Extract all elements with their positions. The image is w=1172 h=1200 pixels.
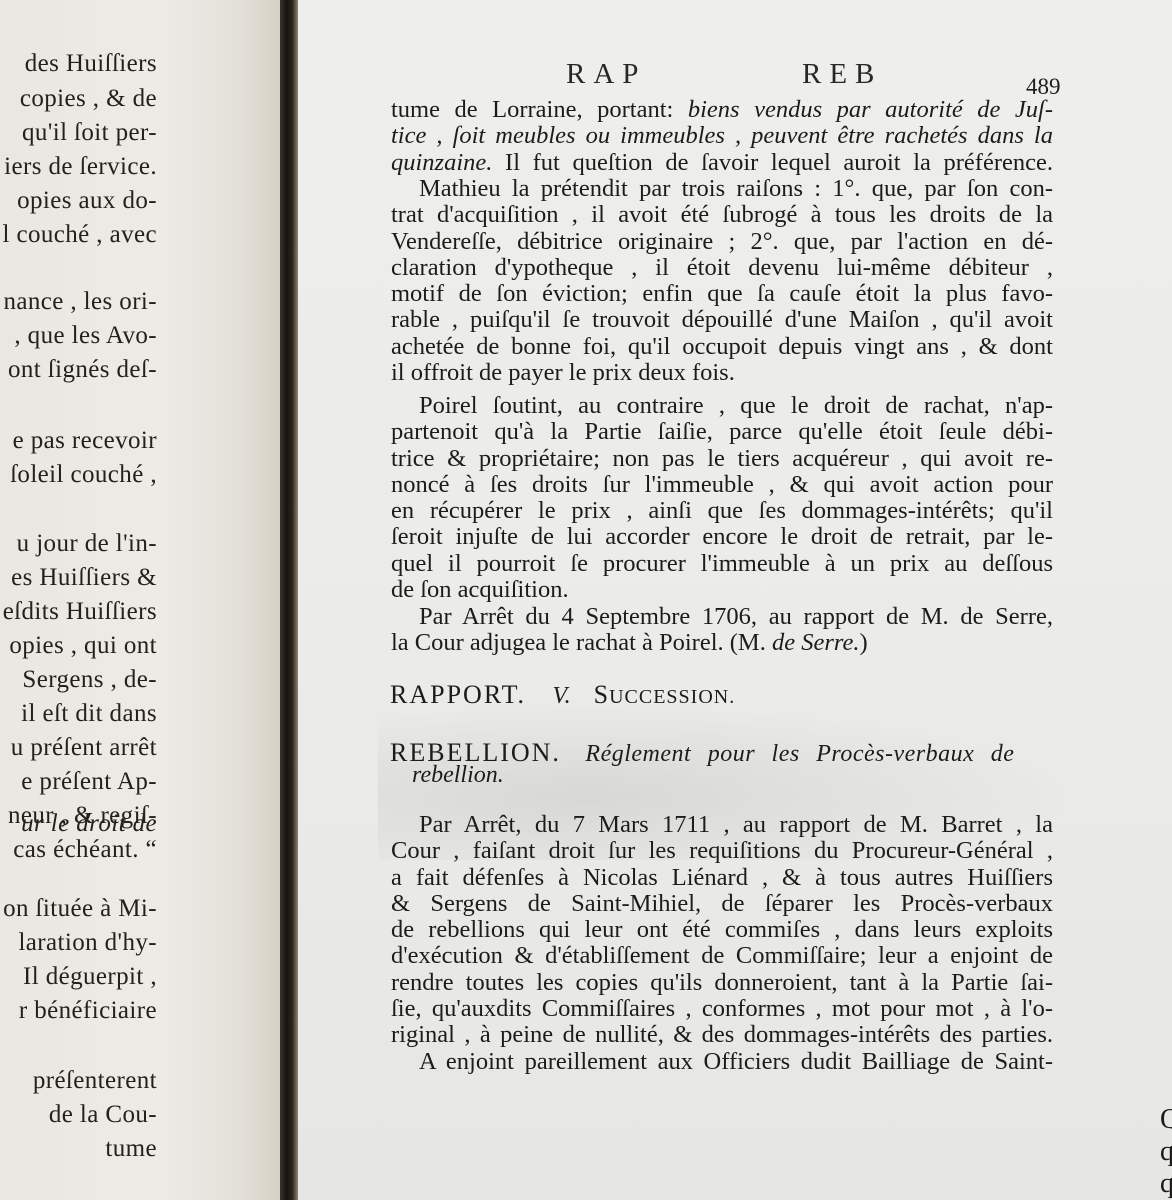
heading-rebellion-subtitle-cont: rebellion.: [412, 762, 504, 789]
left-page-line: u jour de l'in-: [17, 530, 157, 558]
left-page-line: cas échéant. “: [13, 836, 157, 864]
heading-rapport-see: V.: [553, 683, 572, 709]
text-line: quinzaine. Il fut queſtion de ſavoir leq…: [391, 150, 1053, 176]
left-page-line: opies aux do-: [17, 187, 157, 215]
text-line: de rebellions qui leur ont été commiſes …: [391, 917, 1053, 943]
text-line: Par Arrêt, du 7 Mars 1711 , au rapport d…: [391, 812, 1053, 838]
text-line: & Sergens de Saint-Mihiel, de ſéparer le…: [391, 891, 1053, 917]
left-page-line: qu'il ſoit per-: [22, 119, 157, 147]
running-head-left: RAP: [566, 58, 646, 91]
paragraph-arret-1706: Par Arrêt du 4 Septembre 1706, au rappor…: [391, 604, 1053, 657]
left-page-line: ont ſignés deſ-: [8, 356, 157, 384]
text-line: rable , puiſqu'il ſe trouvoit dépouillé …: [391, 307, 1053, 333]
text-line: Vendereſſe, débitrice originaire ; 2°. q…: [391, 229, 1053, 255]
italic-text: tice , ſoit meubles ou immeubles , peuve…: [391, 122, 1053, 149]
left-page-line: ur le droit de: [21, 810, 157, 838]
heading-rapport-term: RAPPORT.: [390, 680, 526, 709]
left-page-line: des Huiſſiers: [25, 50, 157, 78]
left-page-line: opies , qui ont: [9, 632, 157, 660]
roman-text: tume de Lorraine, portant:: [391, 96, 688, 123]
text-line: Poirel ſoutint, au contraire , que le dr…: [391, 393, 1053, 419]
left-page-line: eſdits Huiſſiers: [3, 598, 157, 626]
right-page: RAP REB 489 tume de Lorraine, portant: b…: [298, 0, 1172, 1200]
text-line: de ſon acquiſition.: [391, 577, 1053, 603]
paragraph-arret-1711: Par Arrêt, du 7 Mars 1711 , au rapport d…: [391, 812, 1053, 1075]
left-page-line: préſenterent: [33, 1067, 157, 1095]
left-page-line: iers de ſervice.: [4, 153, 157, 181]
roman-text: Il fut queſtion de ſavoir lequel auroit …: [492, 149, 1053, 176]
left-page: des Huiſſierscopies , & dequ'il ſoit per…: [0, 0, 285, 1200]
text-line: Mathieu la prétendit par trois raiſons :…: [391, 176, 1053, 202]
italic-text: de Serre.: [772, 629, 860, 656]
left-page-line: , que les Avo-: [14, 322, 157, 350]
left-page-line: copies , & de: [20, 85, 157, 113]
text-line: d'exécution & d'établiſſement de Commiſſ…: [391, 943, 1053, 969]
text-line: tume de Lorraine, portant: biens vendus …: [391, 97, 1053, 123]
text-line: claration d'ypotheque , il étoit devenu …: [391, 255, 1053, 281]
roman-text: Par Arrêt du 4 Septembre 1706, au rappor…: [419, 603, 1053, 630]
left-page-line: on ſituée à Mi-: [3, 895, 157, 923]
text-line: tice , ſoit meubles ou immeubles , peuve…: [391, 123, 1053, 149]
left-page-line: Il déguerpit ,: [23, 963, 157, 991]
left-page-line: nance , les ori-: [3, 288, 157, 316]
text-line: rendre toutes les copies qu'ils donneroi…: [391, 970, 1053, 996]
left-page-line: tume: [105, 1135, 157, 1163]
text-line: Cour , faiſant droit ſur les requiſition…: [391, 838, 1053, 864]
text-line: la Cour adjugea le rachat à Poirel. (M. …: [391, 630, 1053, 656]
text-line: riginal , à peine de nullité, & des domm…: [391, 1022, 1053, 1048]
left-page-line: il eſt dit dans: [21, 700, 157, 728]
text-line: Par Arrêt du 4 Septembre 1706, au rappor…: [391, 604, 1053, 630]
roman-text: ): [860, 629, 868, 656]
text-line: ſeroit injuſte de lui accorder encore le…: [391, 524, 1053, 550]
text-line: partenoit qu'à la Partie ſaiſie, parce q…: [391, 419, 1053, 445]
text-line: achetée de bonne foi, qu'il occupoit dep…: [391, 334, 1053, 360]
text-line: a fait défenſes à Nicolas Liénard , & à …: [391, 865, 1053, 891]
left-page-line: e préſent Ap-: [21, 768, 157, 796]
text-line: motif de ſon éviction; enfin que ſa cauſ…: [391, 281, 1053, 307]
signature-mark: Q q q: [1160, 1104, 1172, 1200]
running-head-right: REB: [802, 58, 882, 91]
paragraph-mathieu: Mathieu la prétendit par trois raiſons :…: [391, 176, 1053, 386]
left-page-line: ſoleil couché ,: [10, 461, 157, 489]
paragraph-poirel: Poirel ſoutint, au contraire , que le dr…: [391, 393, 1053, 603]
roman-text: la Cour adjugea le rachat à Poirel. (M.: [391, 629, 772, 656]
heading-rapport-reference: SUCCESSION.: [594, 686, 736, 708]
text-line: noncé à ſes droits ſur l'immeuble , & qu…: [391, 472, 1053, 498]
text-line: trat d'acquiſition , il avoit été ſubrog…: [391, 202, 1053, 228]
left-page-line: Sergens , de-: [22, 666, 157, 694]
text-line: quel il pourroit ſe procurer l'immeuble …: [391, 551, 1053, 577]
left-page-line: e pas recevoir: [13, 427, 157, 455]
heading-rebellion-subtitle: Réglement pour les Procès-verbaux de: [585, 741, 1014, 767]
heading-rapport: RAPPORT. V. SUCCESSION.: [390, 680, 735, 710]
text-line: A enjoint pareillement aux Officiers dud…: [391, 1049, 1053, 1075]
italic-text: quinzaine.: [391, 149, 492, 176]
text-line: trice & propriétaire; non pas le tiers a…: [391, 446, 1053, 472]
left-page-line: u préſent arrêt: [11, 734, 157, 762]
text-line: ſie, qu'auxdits Commiſſaires , conformes…: [391, 996, 1053, 1022]
left-page-line: es Huiſſiers &: [11, 564, 157, 592]
italic-text: biens vendus par autorité de Juſ-: [688, 96, 1053, 123]
paragraph-coutume: tume de Lorraine, portant: biens vendus …: [391, 97, 1053, 176]
left-page-line: laration d'hy-: [18, 929, 157, 957]
text-line: il offroit de payer le prix deux fois.: [391, 360, 1053, 386]
left-page-line: l couché , avec: [2, 221, 157, 249]
left-page-line: de la Cou-: [49, 1101, 157, 1129]
left-page-line: r bénéficiaire: [19, 997, 157, 1025]
text-line: en récupérer le prix , ainſi que ſes dom…: [391, 498, 1053, 524]
